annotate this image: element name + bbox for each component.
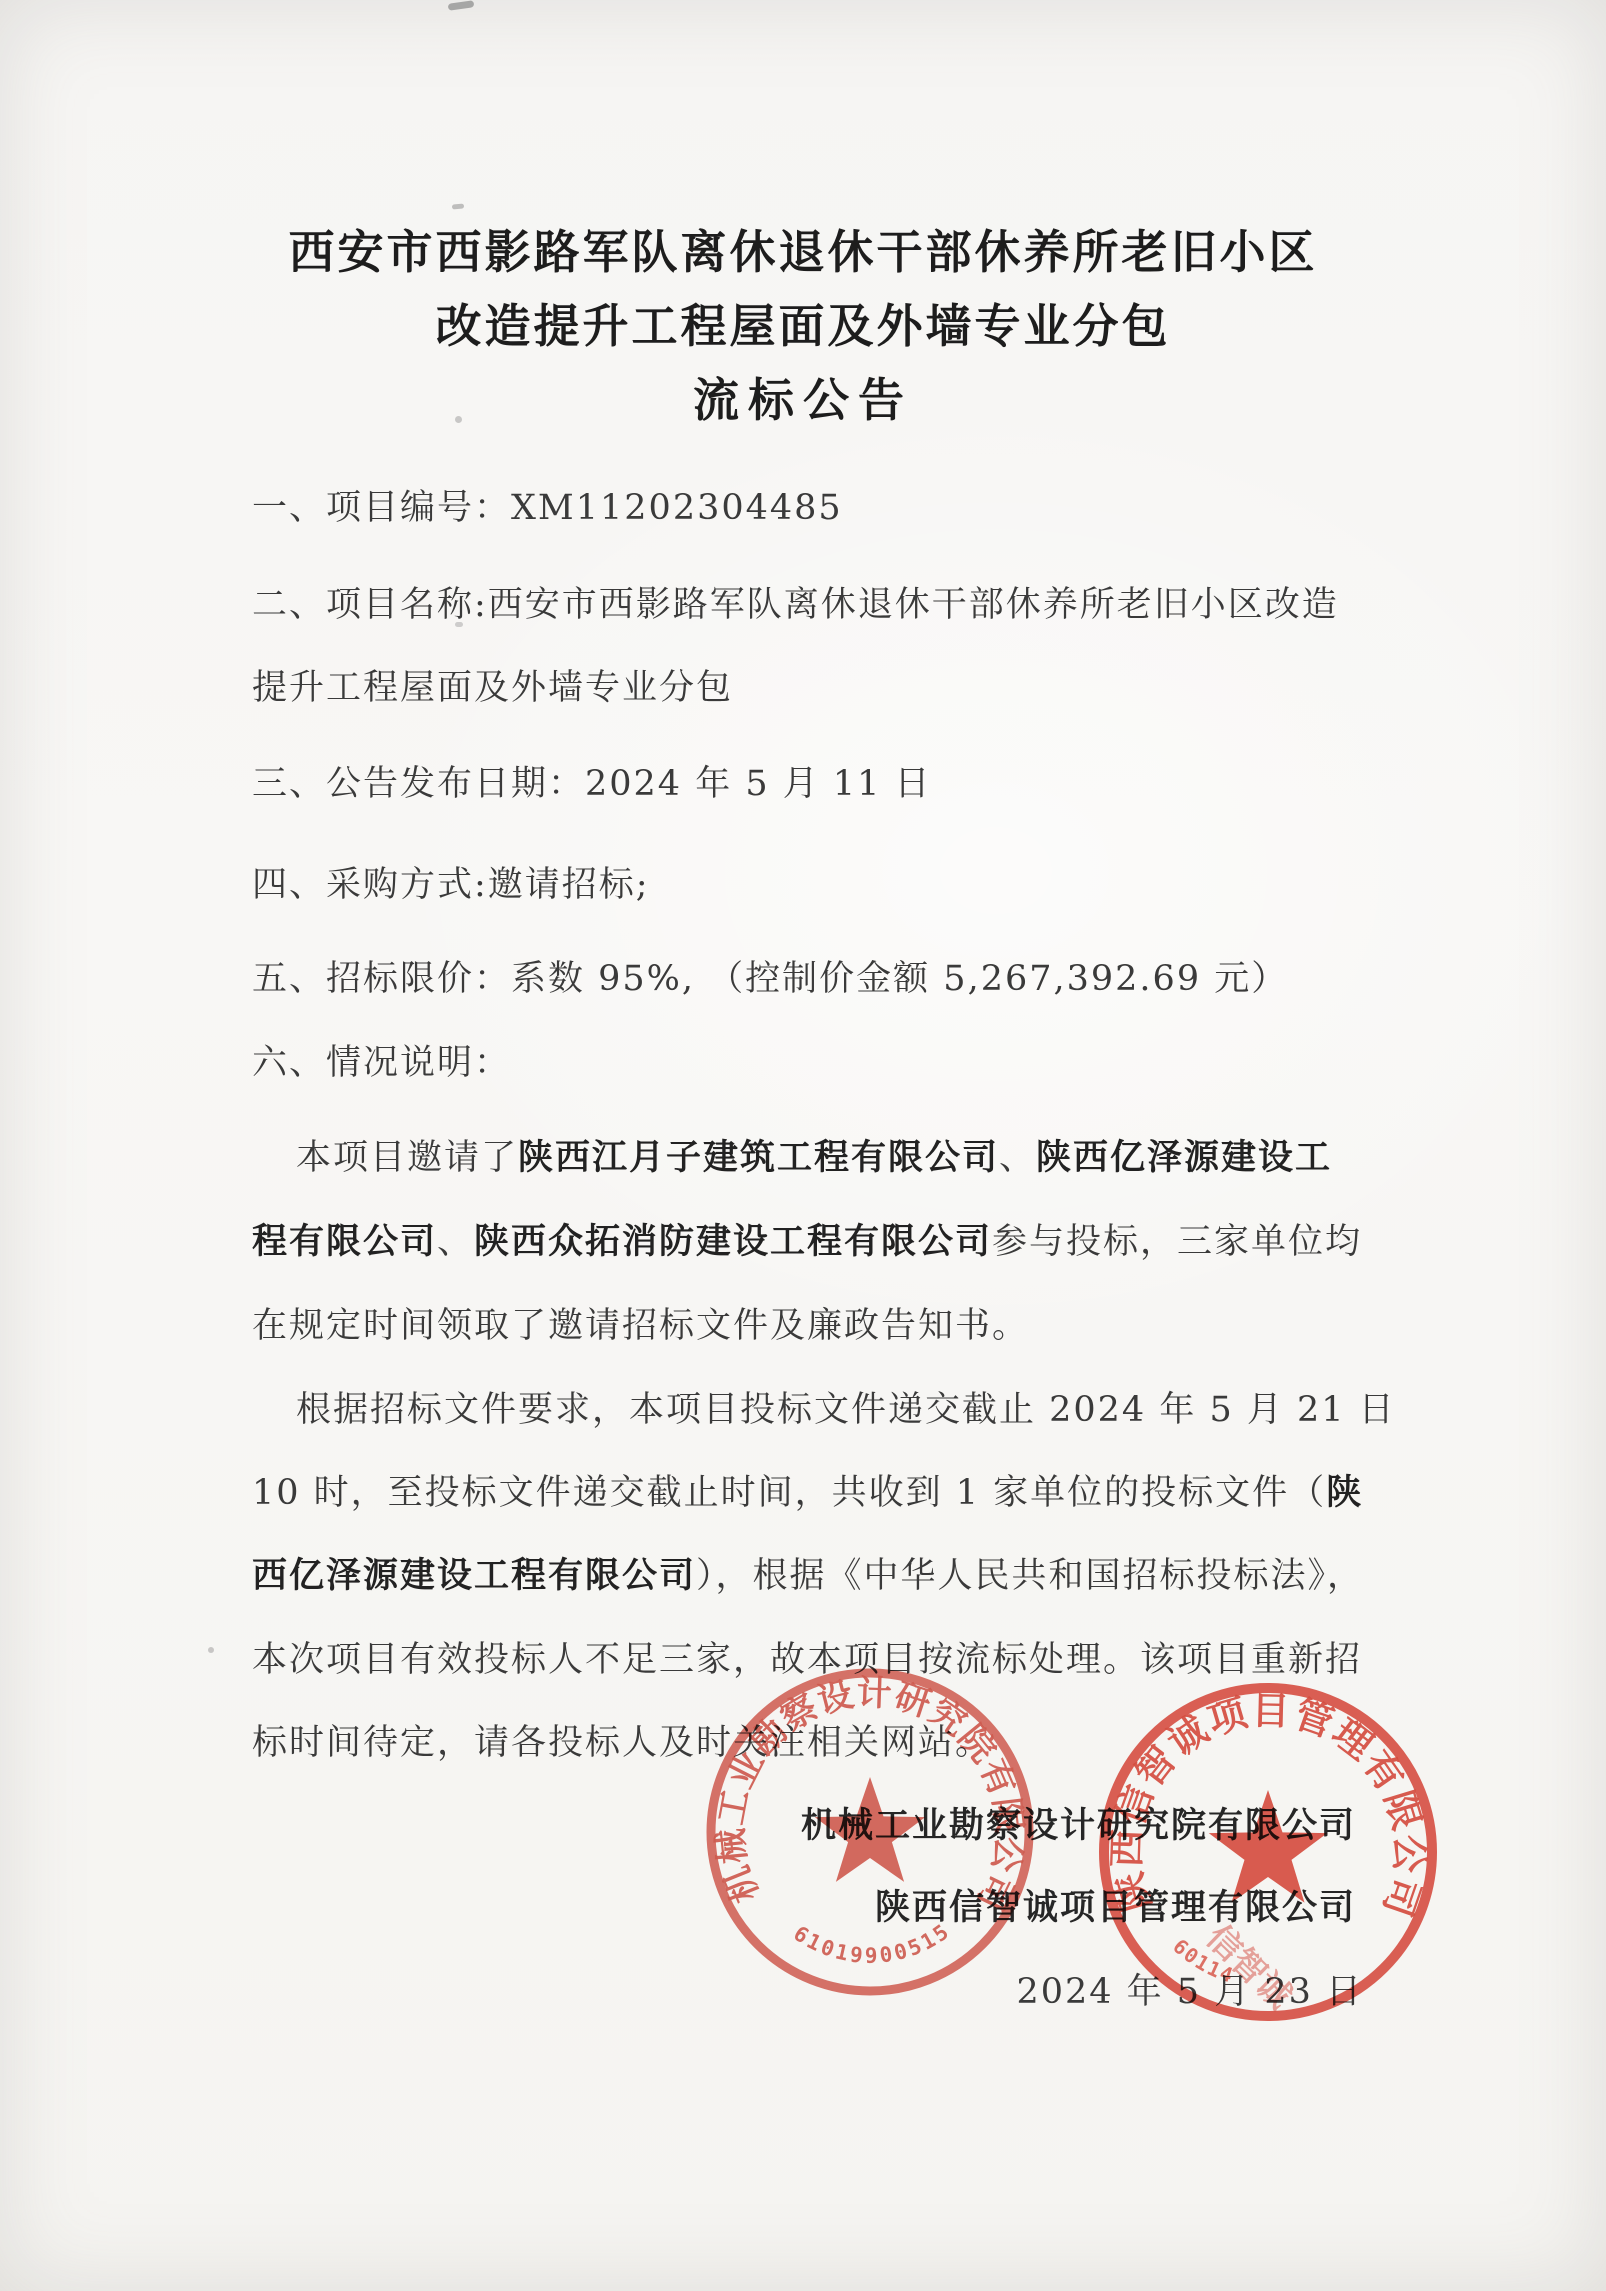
text-segment: ），根据《中华人民共和国招标投标法》， xyxy=(696,1556,1364,1596)
title-line-1: 西安市西影路军队离休退休干部休养所老旧小区 xyxy=(0,224,1606,280)
item-project-name-line2: 提升工程屋面及外墙专业分包 xyxy=(252,666,733,710)
bidder-name: 陕西江月子建筑工程有限公司 xyxy=(518,1137,999,1178)
paragraph1-line1: 本项目邀请了陕西江月子建筑工程有限公司、陕西亿泽源建设工 xyxy=(296,1136,1332,1180)
seal-star-icon xyxy=(815,1777,925,1882)
scan-artifact xyxy=(448,0,475,11)
paragraph1-line3: 在规定时间领取了邀请招标文件及廉政告知书。 xyxy=(252,1304,1029,1348)
item-situation-heading: 六、情况说明： xyxy=(252,1041,511,1085)
bidder-name: 西亿泽源建设工程有限公司 xyxy=(252,1555,696,1596)
bidder-name: 陕西众拓消防建设工程有限公司 xyxy=(474,1221,992,1262)
paragraph2-line2: 10 时，至投标文件递交截止时间，共收到 1 家单位的投标文件（陕 xyxy=(252,1471,1363,1515)
bidder-name: 陕 xyxy=(1326,1472,1363,1513)
title-announcement: 流标公告 xyxy=(0,372,1606,428)
item-bid-price-limit: 五、招标限价：系数 95%, （控制价金额 5,267,392.69 元） xyxy=(252,957,1288,1001)
paragraph1-line2: 程有限公司、陕西众拓消防建设工程有限公司参与投标，三家单位均 xyxy=(252,1220,1362,1264)
scan-artifact xyxy=(208,1647,214,1653)
text-segment: 本项目邀请了 xyxy=(296,1138,518,1178)
scan-artifact xyxy=(452,203,464,209)
scanned-announcement-page: 西安市西影路军队离休退休干部休养所老旧小区 改造提升工程屋面及外墙专业分包 流标… xyxy=(0,0,1606,2291)
item-project-name-line1: 二、项目名称:西安市西影路军队离休退休干部休养所老旧小区改造 xyxy=(252,583,1339,627)
item-publish-date: 三、公告发布日期：2024 年 5 月 11 日 xyxy=(252,762,932,806)
seal-star-icon xyxy=(1209,1790,1327,1903)
company-seal-left: 机械工业勘察设计研究院有限公司 6101990051551 xyxy=(700,1667,1040,1997)
text-segment: 参与投标，三家单位均 xyxy=(992,1222,1362,1262)
bidder-name: 陕西亿泽源建设工 xyxy=(1036,1137,1332,1178)
paragraph2-line1: 根据招标文件要求，本项目投标文件递交截止 2024 年 5 月 21 日 xyxy=(296,1388,1396,1432)
item-procurement-method: 四、采购方式:邀请招标; xyxy=(252,863,650,907)
bidder-name: 程有限公司 xyxy=(252,1221,437,1262)
text-segment: 、 xyxy=(437,1222,474,1262)
text-segment: 10 时，至投标文件递交截止时间，共收到 1 家单位的投标文件（ xyxy=(252,1473,1326,1513)
text-segment: 、 xyxy=(999,1138,1036,1178)
item-project-number: 一、项目编号：XM11202304485 xyxy=(252,486,843,530)
supervisor-seal-right: 陕西信智诚项目管理有限公司 60114 信智诚 xyxy=(1093,1682,1443,2027)
paragraph2-line3: 西亿泽源建设工程有限公司），根据《中华人民共和国招标投标法》， xyxy=(252,1554,1364,1598)
title-line-2: 改造提升工程屋面及外墙专业分包 xyxy=(0,298,1606,354)
